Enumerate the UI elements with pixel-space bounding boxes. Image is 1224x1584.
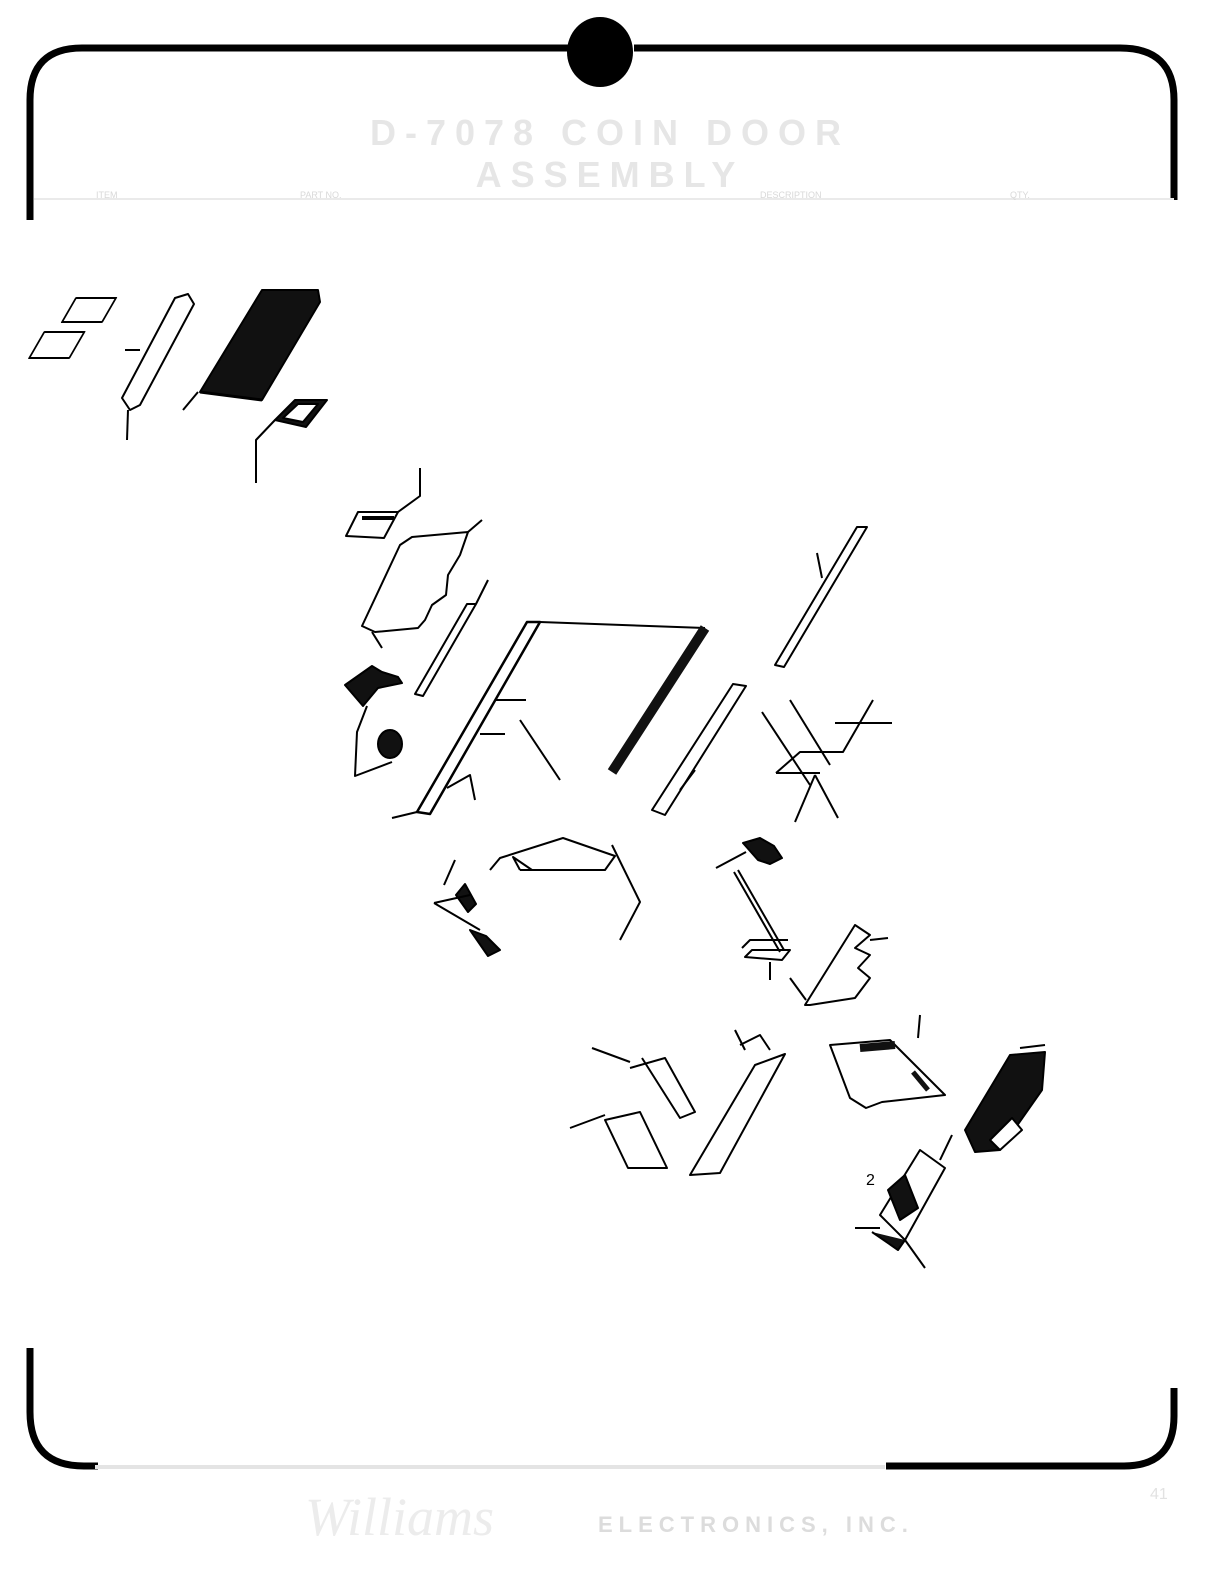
part-coin-guide-left <box>570 1048 695 1168</box>
company-name: ELECTRONICS, INC. <box>598 1512 914 1538</box>
part-switch-assembly-left <box>434 860 500 956</box>
part-hinge-rail <box>415 580 488 696</box>
part-side-rail-right <box>652 684 746 815</box>
part-coin-mech-bracket <box>790 925 888 1005</box>
footer-rule <box>95 1465 885 1469</box>
part-coin-door-frame <box>29 290 320 410</box>
part-coin-guide-center <box>690 1030 785 1175</box>
part-coin-box-plate <box>830 1015 945 1108</box>
part-coin-box <box>965 1045 1045 1152</box>
part-wire-bracket <box>762 700 892 822</box>
part-coin-mechanism <box>855 1135 952 1268</box>
part-coin-insert-bezel <box>346 468 420 538</box>
part-switch-assembly-right <box>716 838 782 868</box>
callout-label: 2 <box>866 1172 875 1189</box>
part-coin-chute-tray <box>490 838 640 940</box>
part-coin-entry-plate <box>256 400 327 483</box>
page-number: 41 <box>1150 1486 1168 1504</box>
exploded-diagram: 2 <box>0 0 1224 1584</box>
part-mounting-plate <box>362 520 482 648</box>
brand-logo: Williams <box>305 1486 494 1548</box>
part-coin-return-bracket <box>122 294 194 440</box>
part-top-rail <box>775 527 867 667</box>
part-lock-assembly <box>345 666 402 776</box>
